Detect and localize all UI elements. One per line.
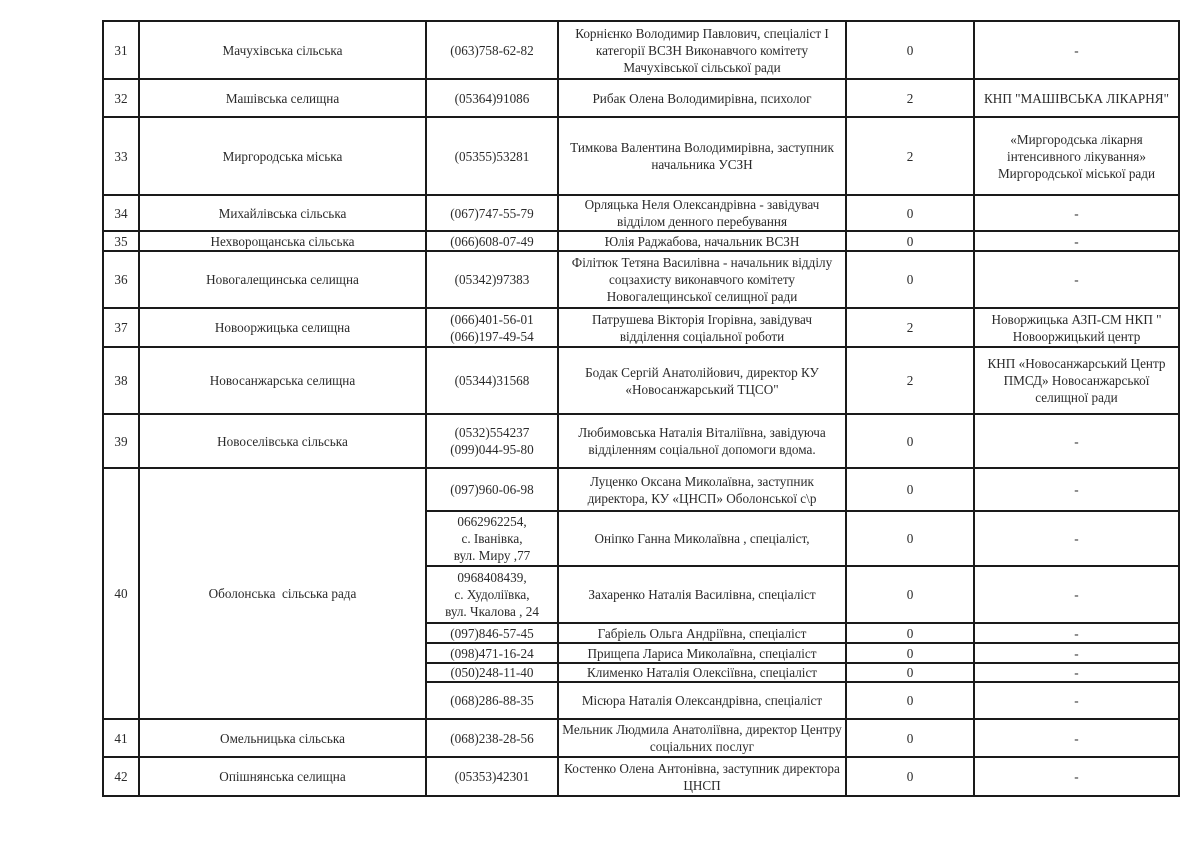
phone-number: (05344)31568	[426, 347, 558, 414]
community-name: Опішнянська селищна	[139, 757, 426, 796]
contact-person: Клименко Наталія Олексіївна, спеціаліст	[558, 663, 846, 682]
row-number: 35	[103, 231, 139, 251]
row-number: 36	[103, 251, 139, 308]
contact-person: Любимовська Наталія Віталіївна, завідуюч…	[558, 414, 846, 468]
table-row: 36Новогалещинська селищна(05342)97383Філ…	[103, 251, 1179, 308]
row-number: 39	[103, 414, 139, 468]
count-value: 0	[846, 414, 974, 468]
row-number: 37	[103, 308, 139, 347]
count-value: 2	[846, 79, 974, 117]
phone-number: (05353)42301	[426, 757, 558, 796]
row-number: 31	[103, 21, 139, 79]
institution-name: -	[974, 643, 1179, 663]
count-value: 2	[846, 308, 974, 347]
contact-person: Філітюк Тетяна Василівна - начальник від…	[558, 251, 846, 308]
contact-person: Рибак Олена Володимирівна, психолог	[558, 79, 846, 117]
community-name: Нехворощанська сільська	[139, 231, 426, 251]
contact-person: Костенко Олена Антонівна, заступник дире…	[558, 757, 846, 796]
community-name: Михайлівська сільська	[139, 195, 426, 231]
table-row: 39Новоселівська сільська(0532)554237 (09…	[103, 414, 1179, 468]
contact-person: Юлія Раджабова, начальник ВСЗН	[558, 231, 846, 251]
table-row: 34Михайлівська сільська(067)747-55-79Орл…	[103, 195, 1179, 231]
community-name: Машівська селищна	[139, 79, 426, 117]
institution-name: -	[974, 251, 1179, 308]
contact-person: Місюра Наталія Олександрівна, спеціаліст	[558, 682, 846, 719]
phone-number: (050)248-11-40	[426, 663, 558, 682]
count-value: 2	[846, 117, 974, 195]
contact-person: Орляцька Неля Олександрівна - завідувач …	[558, 195, 846, 231]
community-name: Мачухівська сільська	[139, 21, 426, 79]
count-value: 0	[846, 757, 974, 796]
phone-number: (063)758-62-82	[426, 21, 558, 79]
contact-person: Прищепа Лариса Миколаївна, спеціаліст	[558, 643, 846, 663]
phone-number: (066)608-07-49	[426, 231, 558, 251]
count-value: 0	[846, 643, 974, 663]
row-number: 40	[103, 468, 139, 719]
count-value: 0	[846, 566, 974, 623]
institution-name: -	[974, 511, 1179, 566]
count-value: 0	[846, 21, 974, 79]
institution-name: -	[974, 231, 1179, 251]
community-name: Омельницька сільська	[139, 719, 426, 757]
community-name: Новосанжарська селищна	[139, 347, 426, 414]
community-name: Оболонська сільська рада	[139, 468, 426, 719]
count-value: 2	[846, 347, 974, 414]
phone-number: (068)286-88-35	[426, 682, 558, 719]
contact-person: Корнієнко Володимир Павлович, спеціаліст…	[558, 21, 846, 79]
phone-number: (0532)554237 (099)044-95-80	[426, 414, 558, 468]
contact-person: Захаренко Наталія Василівна, спеціаліст	[558, 566, 846, 623]
phone-number: (098)471-16-24	[426, 643, 558, 663]
phone-number: (05364)91086	[426, 79, 558, 117]
institution-name: КНП "МАШІВСЬКА ЛІКАРНЯ"	[974, 79, 1179, 117]
count-value: 0	[846, 511, 974, 566]
community-name: Новогалещинська селищна	[139, 251, 426, 308]
institution-name: Новоржицька АЗП-СМ НКП " Новооржицький ц…	[974, 308, 1179, 347]
contact-person: Патрушева Вікторія Ігорівна, завідувач в…	[558, 308, 846, 347]
institution-name: «Миргородська лікарня інтенсивного лікув…	[974, 117, 1179, 195]
table-row: 41Омельницька сільська(068)238-28-56Мель…	[103, 719, 1179, 757]
table-row: 42Опішнянська селищна(05353)42301Костенк…	[103, 757, 1179, 796]
phone-number: 0662962254, с. Іванівка, вул. Миру ,77	[426, 511, 558, 566]
institution-name: -	[974, 195, 1179, 231]
institution-name: -	[974, 682, 1179, 719]
contact-person: Бодак Сергій Анатолійович, директор КУ «…	[558, 347, 846, 414]
phone-number: (05355)53281	[426, 117, 558, 195]
institution-name: -	[974, 719, 1179, 757]
phone-number: (097)960-06-98	[426, 468, 558, 511]
contact-person: Оніпко Ганна Миколаївна , спеціаліст,	[558, 511, 846, 566]
institution-name: -	[974, 623, 1179, 643]
table-row: 33Миргородська міська(05355)53281Тимкова…	[103, 117, 1179, 195]
row-number: 33	[103, 117, 139, 195]
row-number: 42	[103, 757, 139, 796]
institution-name: КНП «Новосанжарський Центр ПМСД» Новосан…	[974, 347, 1179, 414]
count-value: 0	[846, 195, 974, 231]
phone-number: (05342)97383	[426, 251, 558, 308]
institution-name: -	[974, 757, 1179, 796]
table-row: 38Новосанжарська селищна(05344)31568Бода…	[103, 347, 1179, 414]
contact-person: Габріель Ольга Андріївна, спеціаліст	[558, 623, 846, 643]
institution-name: -	[974, 566, 1179, 623]
community-name: Новооржицька селищна	[139, 308, 426, 347]
contact-person: Луценко Оксана Миколаївна, заступник дир…	[558, 468, 846, 511]
community-name: Новоселівська сільська	[139, 414, 426, 468]
row-number: 38	[103, 347, 139, 414]
contact-person: Тимкова Валентина Володимирівна, заступн…	[558, 117, 846, 195]
table-row: 31Мачухівська сільська(063)758-62-82Корн…	[103, 21, 1179, 79]
count-value: 0	[846, 251, 974, 308]
count-value: 0	[846, 468, 974, 511]
table-row: 32Машівська селищна(05364)91086Рибак Оле…	[103, 79, 1179, 117]
count-value: 0	[846, 663, 974, 682]
institution-name: -	[974, 21, 1179, 79]
phone-number: (067)747-55-79	[426, 195, 558, 231]
phone-number: (066)401-56-01 (066)197-49-54	[426, 308, 558, 347]
institution-name: -	[974, 414, 1179, 468]
contacts-table: 31Мачухівська сільська(063)758-62-82Корн…	[102, 20, 1180, 797]
count-value: 0	[846, 682, 974, 719]
table-row: 40Оболонська сільська рада(097)960-06-98…	[103, 468, 1179, 511]
phone-number: (097)846-57-45	[426, 623, 558, 643]
count-value: 0	[846, 231, 974, 251]
row-number: 32	[103, 79, 139, 117]
contact-person: Мельник Людмила Анатоліївна, директор Це…	[558, 719, 846, 757]
count-value: 0	[846, 719, 974, 757]
count-value: 0	[846, 623, 974, 643]
table-row: 35Нехворощанська сільська(066)608-07-49Ю…	[103, 231, 1179, 251]
row-number: 41	[103, 719, 139, 757]
table-row: 37Новооржицька селищна(066)401-56-01 (06…	[103, 308, 1179, 347]
phone-number: (068)238-28-56	[426, 719, 558, 757]
row-number: 34	[103, 195, 139, 231]
institution-name: -	[974, 663, 1179, 682]
phone-number: 0968408439, с. Худоліївка, вул. Чкалова …	[426, 566, 558, 623]
community-name: Миргородська міська	[139, 117, 426, 195]
institution-name: -	[974, 468, 1179, 511]
